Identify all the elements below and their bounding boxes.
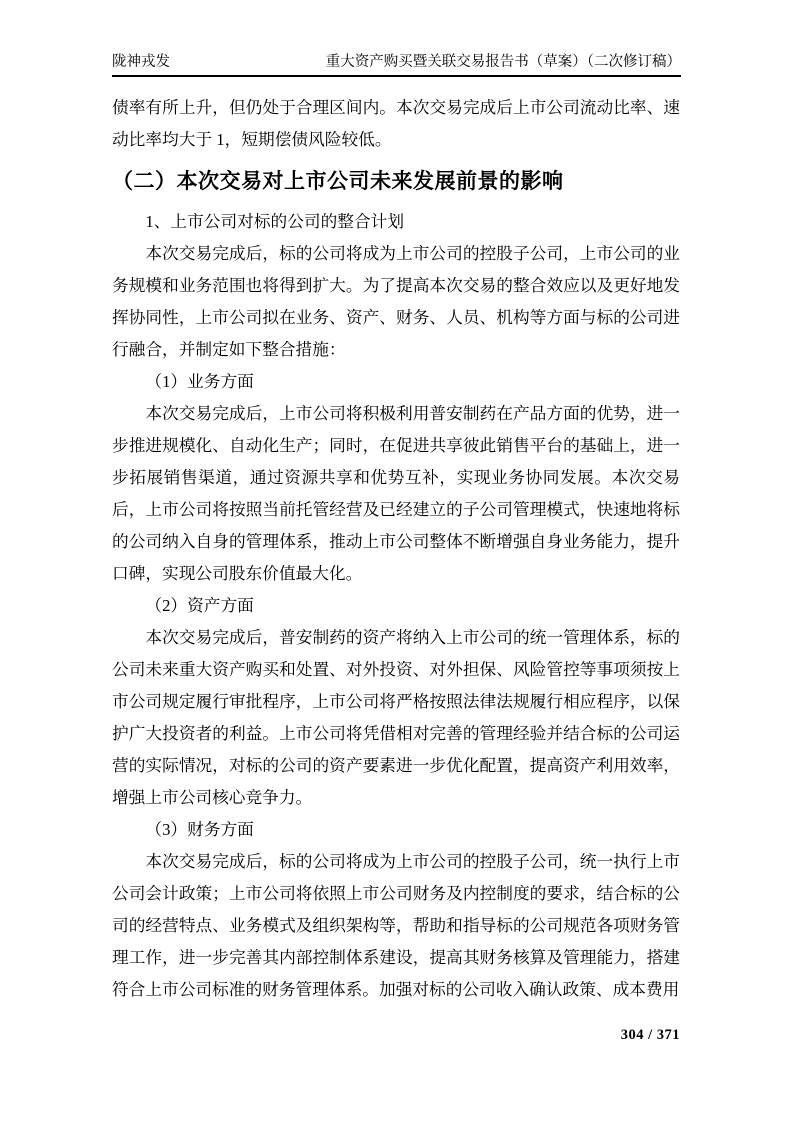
paragraph-carryover: 债率有所上升，但仍处于合理区间内。本次交易完成后上市公司流动比率、速动比率均大于…	[112, 92, 680, 156]
header-document-title: 重大资产购买暨关联交易报告书（草案）（二次修订稿）	[326, 54, 681, 71]
page-header: 陇神戎发 重大资产购买暨关联交易报告书（草案）（二次修订稿）	[112, 54, 681, 77]
item-1-title: （1）业务方面	[112, 366, 680, 398]
document-body: 债率有所上升，但仍处于合理区间内。本次交易完成后上市公司流动比率、速动比率均大于…	[112, 92, 680, 1006]
item-3-title: （3）财务方面	[112, 814, 680, 846]
section-heading: （二）本次交易对上市公司未来发展前景的影响	[112, 166, 680, 198]
item-3-paragraph: 本次交易完成后，标的公司将成为上市公司的控股子公司，统一执行上市公司会计政策；上…	[112, 846, 680, 1006]
subsection-title: 1、上市公司对标的公司的整合计划	[112, 206, 680, 238]
page-number: 304 / 371	[621, 1027, 680, 1044]
subsection-intro-paragraph: 本次交易完成后，标的公司将成为上市公司的控股子公司，上市公司的业务规模和业务范围…	[112, 238, 680, 366]
header-company-name: 陇神戎发	[112, 54, 170, 71]
item-1-paragraph: 本次交易完成后，上市公司将积极利用普安制药在产品方面的优势，进一步推进规模化、自…	[112, 398, 680, 590]
document-page: 陇神戎发 重大资产购买暨关联交易报告书（草案）（二次修订稿） 债率有所上升，但仍…	[0, 0, 793, 1122]
item-2-paragraph: 本次交易完成后，普安制药的资产将纳入上市公司的统一管理体系，标的公司未来重大资产…	[112, 622, 680, 814]
item-2-title: （2）资产方面	[112, 590, 680, 622]
